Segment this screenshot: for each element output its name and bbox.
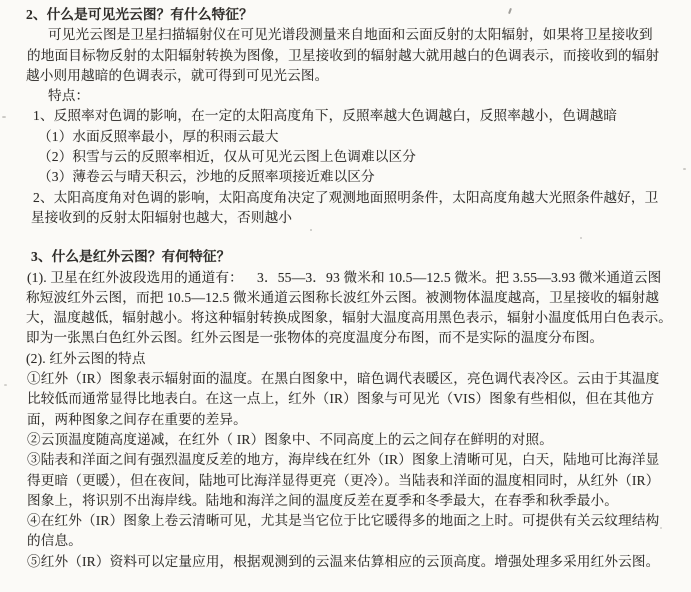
- list-item: （2）积雪与云的反照率相近，仅从可见光云图上色调难以区分: [0, 147, 691, 167]
- list-item: 星接收到的反射太阳辐射也越大，否则越小: [0, 208, 691, 228]
- scan-speck: [683, 168, 686, 170]
- list-item: （1）水面反照率最小，厚的积雨云最大: [0, 127, 691, 147]
- text-line: 得更暗（更暖），但在夜间，陆地可比海洋显得更亮（更冷）。当陆表和洋面的温度相同时…: [0, 471, 691, 491]
- text-line: 面，两种图象之间存在重要的差异。: [0, 410, 691, 430]
- text-line: 越小则用越暗的色调表示，就可得到可见光云图。: [0, 66, 691, 86]
- text-line: 称短波红外云图，而把 10.5—12.5 微米通道云图称长波红外云图。被测物体温…: [0, 288, 691, 308]
- text-line: (1). 卫星在红外波段选用的通道有： 3．55—3．93 微米和 10.5—1…: [0, 268, 691, 288]
- text-line: ①红外（IR）图象表示辐射面的温度。在黑白图象中，暗色调代表暖区，亮色调代表冷区…: [0, 369, 691, 389]
- text-line: 图象上，将识别不出海岸线。陆地和海洋之间的温度反差在夏季和冬季最大，在春季和秋季…: [0, 491, 691, 511]
- document-page: 2、什么是可见光云图？有什么特征？ 可见光云图是卫星扫描辐射仪在可见光谱段测量来…: [0, 0, 691, 592]
- text-line: 比较低而通常显得比地表白。在这一点上，红外（IR）图象与可见光（VIS）图象有些…: [0, 389, 691, 409]
- question-2-heading: 2、什么是可见光云图？有什么特征？: [0, 5, 691, 25]
- text-line: ④在红外（IR）图象上卷云清晰可见，尤其是当它位于比它暖得多的地面之上时。可提供…: [0, 511, 691, 531]
- text-line: ⑤红外（IR）资料可以定量应用，根据观测到的云温来估算相应的云顶高度。增强处理多…: [0, 552, 691, 572]
- scan-speck: [4, 384, 7, 386]
- text-line: ③陆表和洋面之间有强烈温度反差的地方，海岸线在红外（IR）图象上清晰可见，白天，…: [0, 450, 691, 470]
- section-gap: [0, 228, 691, 247]
- text-line: 的信息。: [0, 531, 691, 551]
- text-line: ②云顶温度随高度递减，在红外（ IR）图象中、不同高度上的云之间存在鲜明的对照。: [0, 430, 691, 450]
- text-line: 的地面目标物反射的太阳辐射转换为图像，卫星接收到的辐射越大就用越白的色调表示，而…: [0, 46, 691, 66]
- text-line: (2). 红外云图的特点: [0, 349, 691, 369]
- list-item: （3）薄卷云与晴天积云，沙地的反照率项接近难以区分: [0, 167, 691, 187]
- features-label: 特点：: [0, 86, 691, 106]
- list-item: 2、太阳高度角对色调的影响，太阳高度角决定了观测地面照明条件，太阳高度角越大光照…: [0, 188, 691, 208]
- scan-speck: [580, 237, 582, 239]
- text-line: 即为一张黑白色红外云图。红外云图是一张物体的亮度温度分布图，而不是实际的温度分布…: [0, 328, 691, 348]
- list-item: 1、反照率对色调的影响，在一定的太阳高度角下，反照率越大色调越白，反照率越小，色…: [0, 106, 691, 126]
- text-line: 大，温度越低，辐射越小。将这种辐射转换成图象，辐射大温度高用黑色表示，辐射小温度…: [0, 308, 691, 328]
- question-3-heading: 3、什么是红外云图？有何特征？: [0, 247, 691, 267]
- text-line: 可见光云图是卫星扫描辐射仪在可见光谱段测量来自地面和云面反射的太阳辐射，如果将卫…: [0, 25, 691, 45]
- scan-speck: [660, 527, 662, 529]
- scan-speck: [2, 116, 6, 118]
- scan-speck: [310, 229, 312, 231]
